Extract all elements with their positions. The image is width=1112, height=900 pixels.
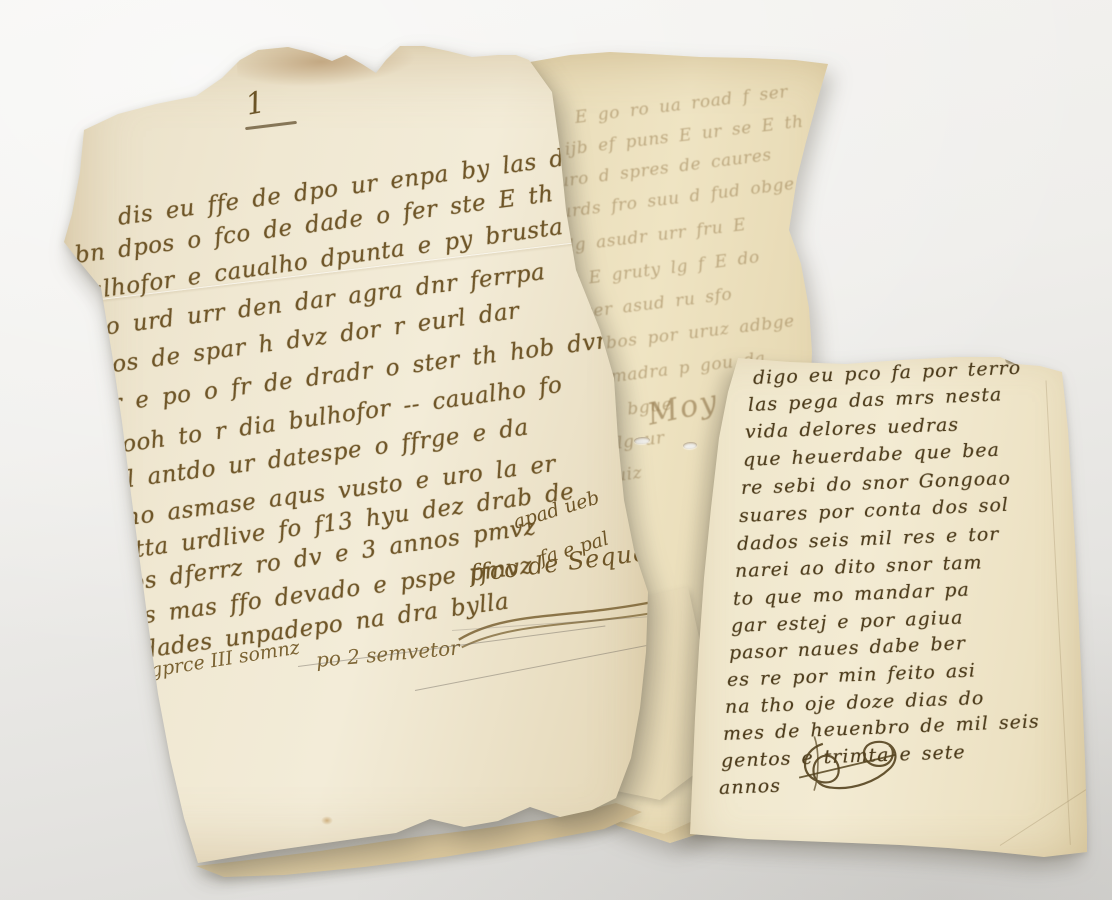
paper-crease [1046, 380, 1071, 844]
manuscript-left-page: 1 dis eu ffe de dpo ur enpa by las depob… [55, 40, 675, 875]
script-line: dados seis mil res e tor [737, 523, 1000, 555]
paper-sheet: # digo eu pco fa por terrolas pega das m… [670, 330, 1100, 875]
script-line: pasor naues dabe ber [729, 632, 967, 664]
paper-sheet: 1 dis eu ffe de dpo ur enpa by las depob… [55, 40, 675, 875]
script-line: que heuerdabe que bea [743, 439, 1001, 471]
manuscript-right-page: # digo eu pco fa por terrolas pega das m… [670, 330, 1100, 875]
script-line: suares por conta dos sol [739, 494, 1010, 527]
script-line: vida delores uedras [745, 414, 960, 443]
cross-mark: # [871, 343, 886, 363]
paper-crease [1000, 774, 1110, 846]
script-line: gar estej e por agiua [731, 606, 964, 637]
script-line: las pega das mrs nesta [748, 383, 1003, 416]
manuscripts-photo: E go ro ua road f serijb ef puns E ur se… [0, 0, 1112, 900]
stain [321, 816, 333, 825]
rubric-flourish [788, 718, 913, 801]
script-line: es re por min feito asi [727, 659, 977, 691]
script-line: annos [719, 775, 782, 799]
script-line: to que mo mandar pa [733, 578, 971, 609]
folio-number: 1 [243, 85, 268, 123]
stain [236, 35, 448, 92]
script-line: narei ao dito snor tam [735, 551, 983, 582]
script-line: re sebi do snor Gongoao [741, 467, 1012, 499]
folio-underline-swash [245, 121, 297, 130]
